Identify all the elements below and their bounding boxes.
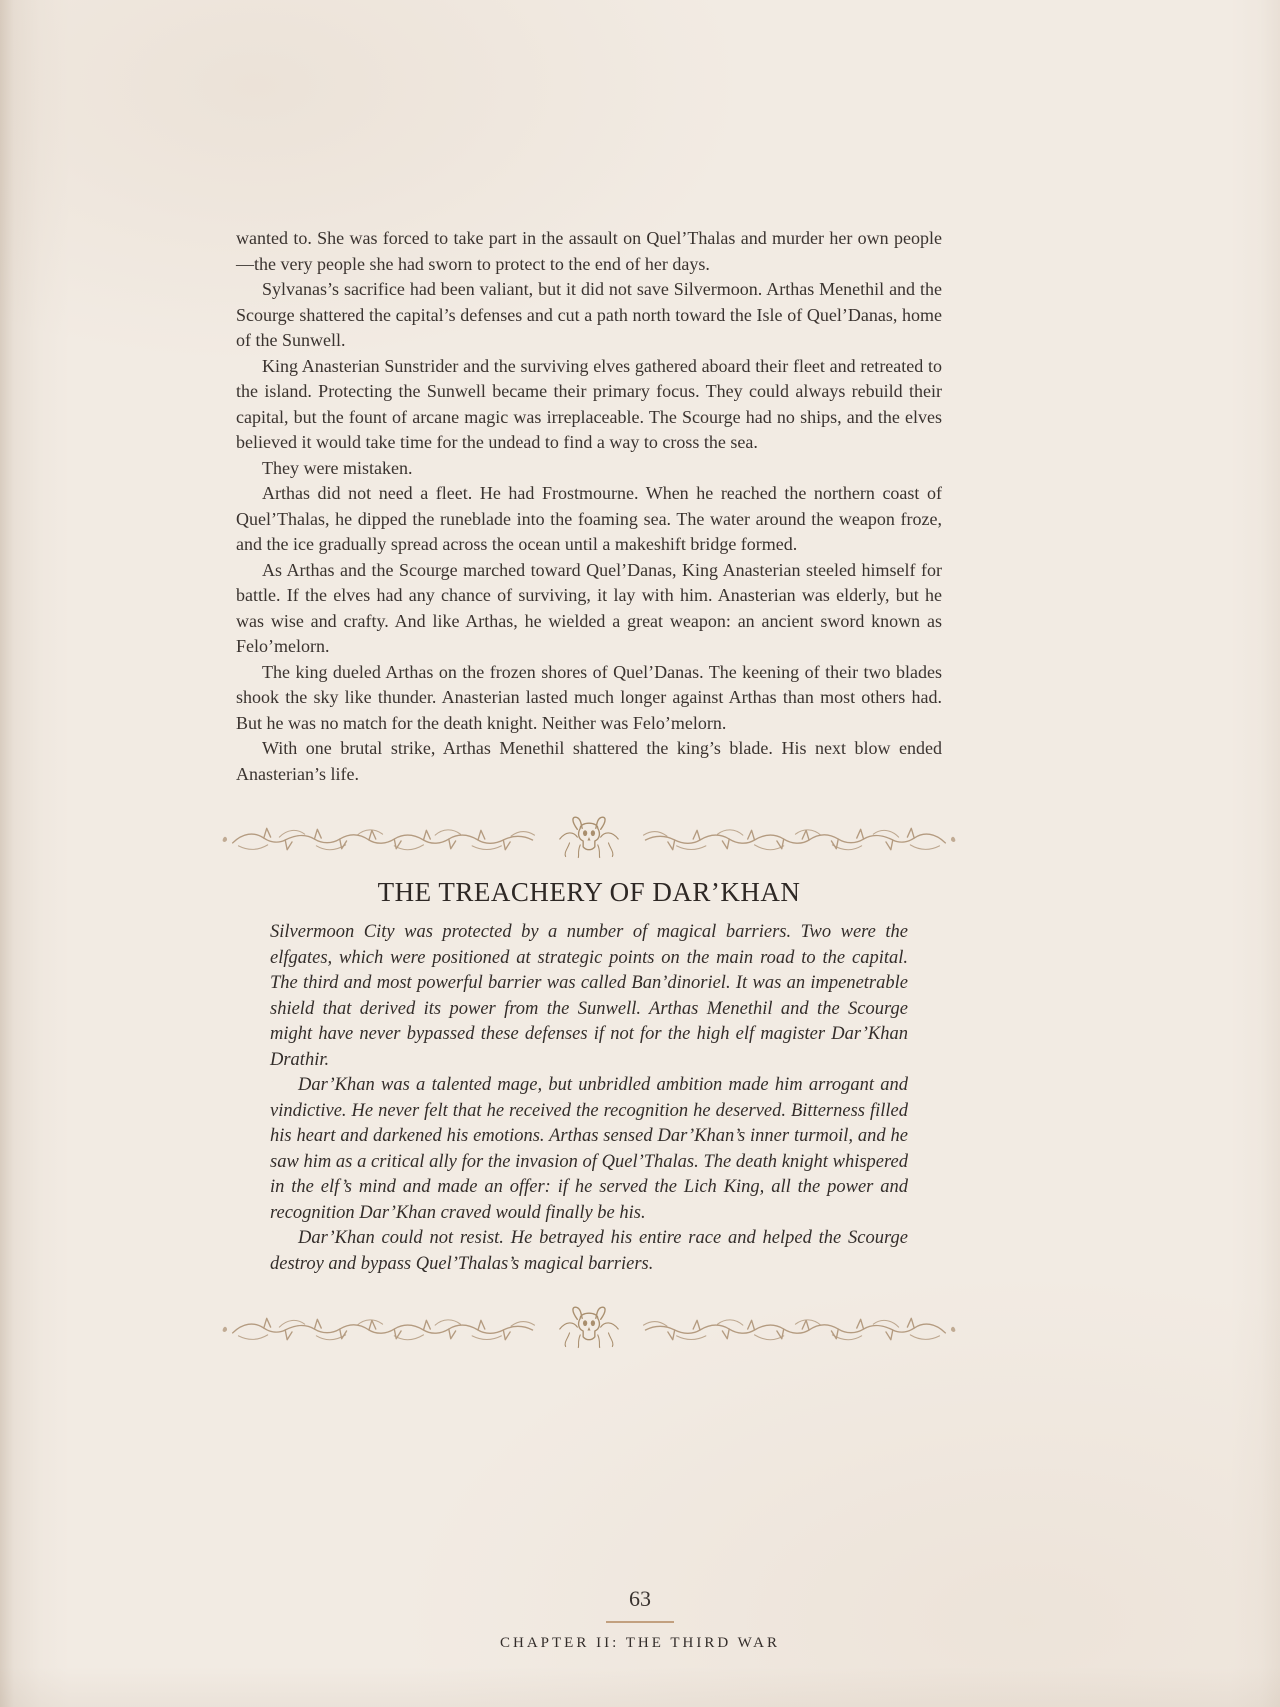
page-footer: 63 CHAPTER II: THE THIRD WAR bbox=[0, 1586, 1280, 1652]
paragraph: They were mistaken. bbox=[236, 456, 942, 482]
chapter-title: CHAPTER II: THE THIRD WAR bbox=[0, 1635, 1280, 1652]
body-text: wanted to. She was forced to take part i… bbox=[236, 226, 942, 787]
paragraph: With one brutal strike, Arthas Menethil … bbox=[236, 736, 942, 787]
feature-text: Silvermoon City was protected by a numbe… bbox=[236, 920, 942, 1277]
paragraph: Arthas did not need a fleet. He had Fros… bbox=[236, 481, 942, 558]
paragraph: Dar’Khan was a talented mage, but unbrid… bbox=[270, 1073, 908, 1226]
paragraph: Dar’Khan could not resist. He betrayed h… bbox=[270, 1226, 908, 1277]
page-content: wanted to. She was forced to take part i… bbox=[236, 226, 942, 1357]
ornamental-divider-bottom bbox=[219, 1303, 959, 1357]
paragraph: The king dueled Arthas on the frozen sho… bbox=[236, 660, 942, 737]
paragraph: Sylvanas’s sacrifice had been valiant, b… bbox=[236, 277, 942, 354]
ornamental-divider-top bbox=[219, 813, 959, 867]
paragraph: Silvermoon City was protected by a numbe… bbox=[270, 920, 908, 1073]
feature-title: THE TREACHERY OF DAR’KHAN bbox=[236, 877, 942, 908]
feature-section: THE TREACHERY OF DAR’KHAN Silvermoon Cit… bbox=[236, 877, 942, 1277]
page-number: 63 bbox=[0, 1586, 1280, 1612]
paragraph: As Arthas and the Scourge marched toward… bbox=[236, 558, 942, 660]
footer-rule bbox=[606, 1621, 674, 1623]
paragraph: King Anasterian Sunstrider and the survi… bbox=[236, 354, 942, 456]
paragraph: wanted to. She was forced to take part i… bbox=[236, 226, 942, 277]
book-page: wanted to. She was forced to take part i… bbox=[0, 0, 1280, 1707]
